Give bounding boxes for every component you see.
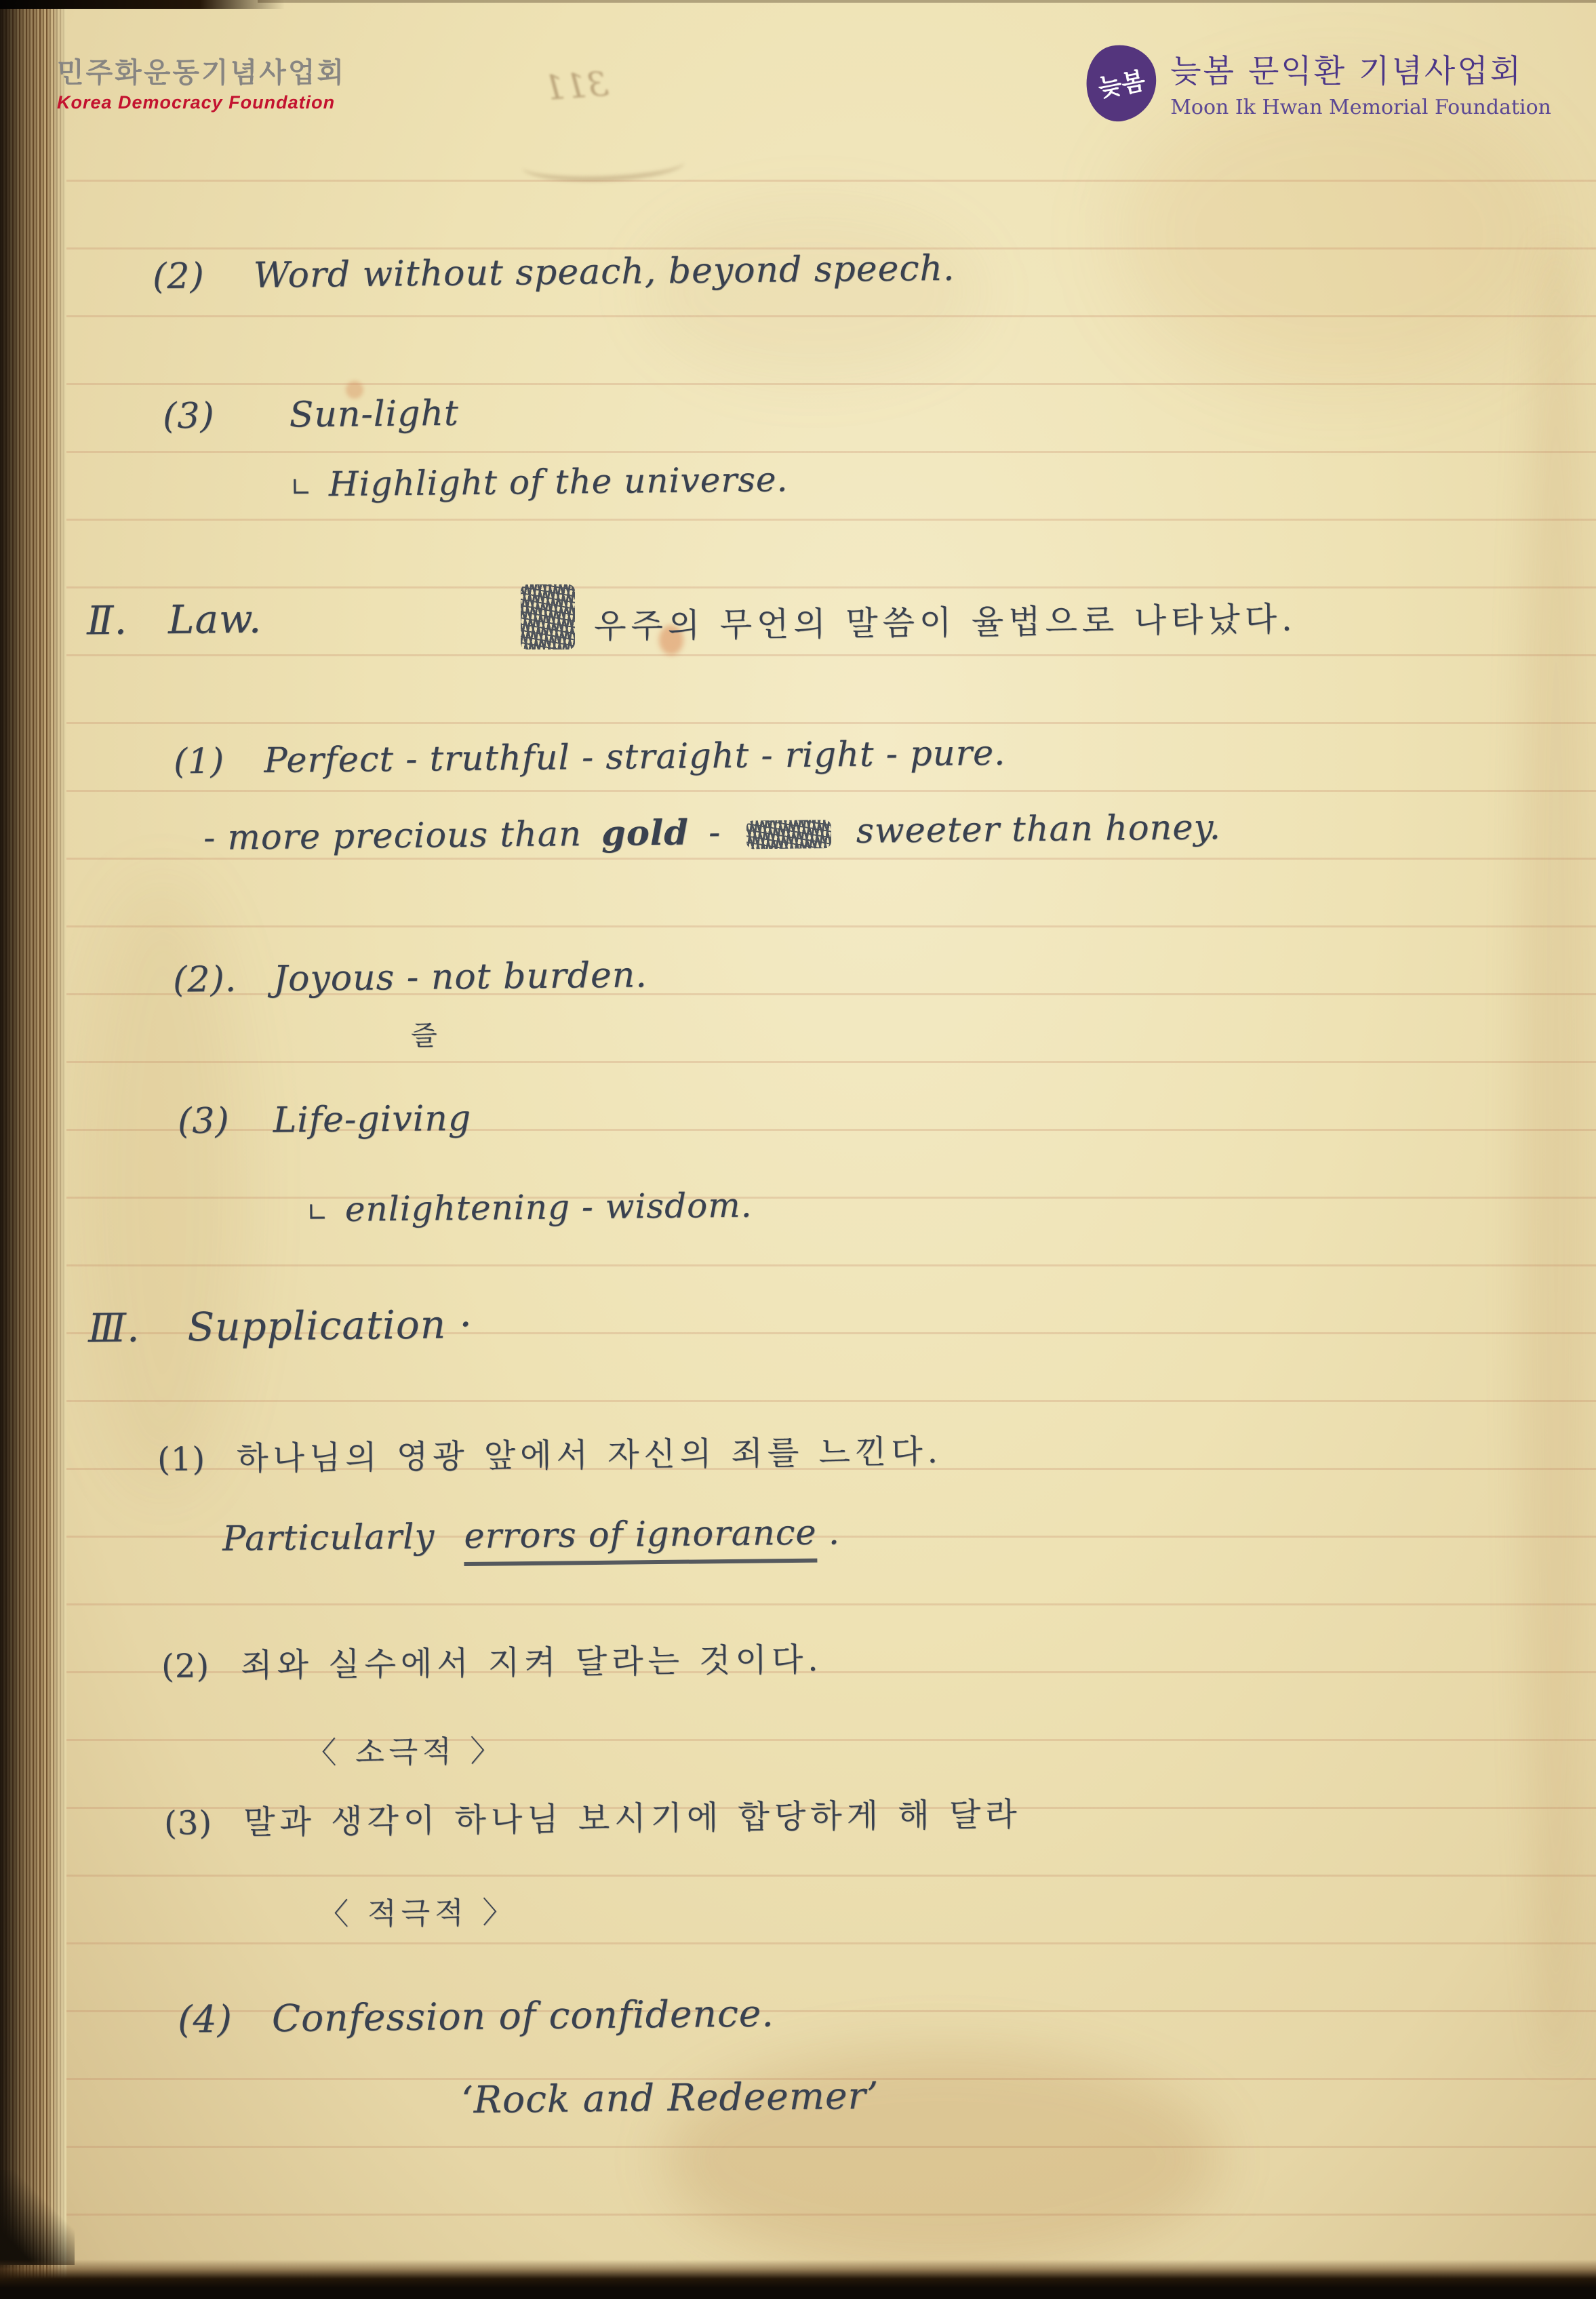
note-line-13: (2)죄와 실수에서 지켜 달라는 것이다. — [161, 1633, 823, 1687]
underlined-phrase: errors of ignorance — [464, 1513, 817, 1566]
note-text: - more precious than — [203, 814, 582, 858]
note-line-16: 〈 적극적 〉 — [319, 1887, 517, 1933]
book-page-edges — [0, 0, 66, 2299]
scan-shadow-top — [0, 0, 285, 9]
note-text: 말과 생각이 하나님 보시기에 합당하게 해 달라 — [243, 1795, 1022, 1841]
note-line-7-annotation: 즐 — [411, 1014, 442, 1053]
note-text: Particularly — [222, 1517, 435, 1559]
dash: - — [709, 813, 721, 853]
note-line-4-korean: 우주의 무언의 말씀이 율법으로 나타났다. — [594, 593, 1297, 648]
list-marker: (4) — [178, 1997, 233, 2041]
note-line-15: (3)말과 생각이 하나님 보시기에 합당하게 해 달라 — [164, 1788, 1022, 1843]
moon-ik-hwan-foundation-logo: 늦봄 늦봄 문익환 기념사업회 Moon Ik Hwan Memorial Fo… — [1086, 45, 1551, 121]
note-text: Life-giving — [273, 1098, 471, 1141]
note-text: sweeter than honey. — [856, 807, 1221, 852]
note-line-7: (2).Joyous - not burden. — [173, 955, 647, 1000]
korea-democracy-foundation-logo: 민주화운동기념사업회 Korea Democracy Foundation — [57, 50, 346, 113]
note-text: Word without speach, beyond speech. — [253, 248, 955, 296]
emphasized-word: gold — [601, 812, 689, 854]
note-line-14: 〈 소극적 〉 — [306, 1726, 505, 1772]
note-line-12: Particularly errors of ignorance . — [222, 1513, 841, 1559]
sub-item-marker: ∟ — [306, 1197, 329, 1227]
scribble-mark — [521, 584, 575, 649]
scribble-mark — [746, 820, 831, 849]
list-marker: (1) — [157, 1440, 206, 1479]
note-text: Joyous - not burden. — [273, 955, 647, 999]
section-title: Law. — [168, 596, 262, 643]
note-line-8: (3)Life-giving — [178, 1098, 472, 1142]
logo-english-text: Korea Democracy Foundation — [57, 92, 346, 113]
list-marker: (2). — [173, 959, 237, 1001]
note-text: Sun-light — [289, 393, 459, 436]
list-marker: (3) — [178, 1100, 230, 1142]
section-title: Supplication · — [187, 1301, 473, 1350]
note-line-18: ‘Rock and Redeemer’ — [461, 2074, 879, 2121]
section-numeral: Ⅱ. — [87, 597, 128, 644]
list-marker: (2) — [161, 1647, 210, 1685]
scan-shadow-corner — [0, 2170, 75, 2265]
note-line-2: (3)Sun-light — [163, 393, 459, 437]
note-text: Perfect - truthful - straight - right - … — [264, 734, 1006, 781]
moon-ik-hwan-seal-icon: 늦봄 — [1080, 39, 1163, 126]
list-marker: (3) — [163, 395, 215, 437]
list-marker: (3) — [164, 1804, 213, 1843]
scan-shadow-bottom — [0, 2260, 1596, 2299]
paper-background — [0, 0, 1596, 2299]
logo-english-text: Moon Ik Hwan Memorial Foundation — [1170, 96, 1551, 119]
note-line-17: (4)Confession of confidence. — [178, 1991, 774, 2041]
ghost-number: 311 — [542, 64, 610, 108]
note-text: Confession of confidence. — [272, 1991, 774, 2040]
scan-edge-line — [258, 0, 1596, 3]
note-line-11: (1)하나님의 영광 앞에서 자신의 죄를 느낀다. — [157, 1425, 942, 1480]
note-text: 죄와 실수에서 지켜 달라는 것이다. — [241, 1641, 823, 1685]
note-line-1: (2)Word without speach, beyond speech. — [153, 248, 955, 297]
note-text: Highlight of the universe. — [329, 460, 789, 504]
sub-item-marker: ∟ — [290, 473, 313, 502]
section-heading-2: Ⅱ.Law. — [87, 596, 262, 644]
note-text: enlightening - wisdom. — [345, 1186, 753, 1229]
section-heading-3: Ⅲ.Supplication · — [88, 1301, 473, 1351]
note-line-3: ∟Highlight of the universe. — [290, 460, 789, 504]
section-numeral: Ⅲ. — [88, 1304, 140, 1351]
logo-korean-text: 민주화운동기념사업회 — [57, 50, 346, 90]
note-line-9: ∟enlightening - wisdom. — [306, 1186, 753, 1230]
note-text: 하나님의 영광 앞에서 자신의 죄를 느낀다. — [237, 1433, 942, 1478]
notebook-page-scan: 민주화운동기념사업회 Korea Democracy Foundation 늦봄… — [0, 0, 1596, 2299]
logo-korean-text: 늦봄 문익환 기념사업회 — [1170, 46, 1551, 92]
list-marker: (2) — [153, 256, 205, 297]
list-marker: (1) — [174, 742, 225, 782]
note-text: . — [828, 1513, 840, 1553]
